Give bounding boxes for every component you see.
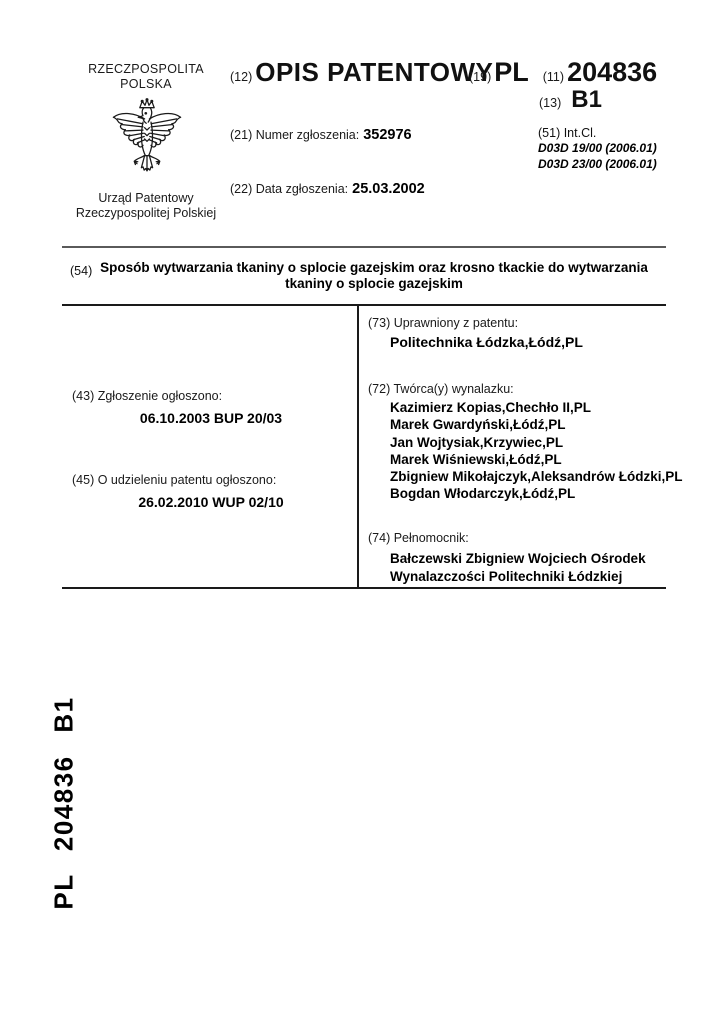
publication-number-row: (19)PL(11)204836 (469, 57, 657, 88)
invention-title-line1: Sposób wytwarzania tkaniny o splocie gaz… (100, 260, 648, 276)
polish-eagle-emblem-icon (107, 97, 187, 192)
patent-front-page: RZECZPOSPOLITA POLSKA Urząd Patentowy Rz… (0, 0, 724, 1024)
application-date-label: (22) Data zgłoszenia: (230, 182, 348, 196)
grant-announced-label: (45) O udzieleniu patentu ogłoszono: (72, 473, 276, 487)
inventors-list: Kazimierz Kopias,Chechło II,PL Marek Gwa… (390, 399, 683, 503)
kind-code: B1 (571, 86, 602, 113)
country-name-line1: RZECZPOSPOLITA (56, 62, 236, 77)
publication-announced-value: 06.10.2003 BUP 20/03 (80, 410, 342, 426)
inventor-item: Zbigniew Mikołajczyk,Aleksandrów Łódzki,… (390, 468, 683, 485)
grant-announced-value: 26.02.2010 WUP 02/10 (80, 494, 342, 510)
inventor-item: Jan Wojtysiak,Krzywiec,PL (390, 434, 683, 451)
patent-owner-label: (73) Uprawniony z patentu: (368, 316, 518, 330)
attorney-value-line1: Bałczewski Zbigniew Wojciech Ośrodek (390, 550, 646, 568)
attorney-value-line2: Wynalazczości Politechniki Łódzkiej (390, 568, 646, 586)
country-name: RZECZPOSPOLITA POLSKA (56, 62, 236, 92)
invention-title: Sposób wytwarzania tkaniny o splocie gaz… (100, 260, 648, 292)
attorney-label: (74) Pełnomocnik: (368, 531, 469, 545)
header-divider-rule (62, 246, 666, 248)
application-number-label: (21) Numer zgłoszenia: (230, 128, 359, 142)
inid-11: (11) (543, 70, 564, 84)
application-date-row: (22) Data zgłoszenia:25.03.2002 (230, 181, 425, 197)
application-date-value: 25.03.2002 (352, 181, 425, 197)
publication-announced-label: (43) Zgłoszenie ogłoszono: (72, 389, 222, 403)
table-top-border (62, 304, 666, 306)
intcl-classes: D03D 19/00 (2006.01) D03D 23/00 (2006.01… (538, 141, 657, 172)
document-type-title: OPIS PATENTOWY (255, 57, 493, 87)
table-column-divider (357, 304, 359, 589)
patent-office-name: Urząd Patentowy Rzeczypospolitej Polskie… (46, 191, 246, 221)
country-code: PL (494, 57, 529, 87)
inid-12: (12) (230, 70, 252, 84)
inid-13: (13) (539, 96, 561, 110)
application-number-value: 352976 (363, 127, 411, 143)
inventor-item: Marek Wiśniewski,Łódź,PL (390, 451, 683, 468)
inventor-item: Marek Gwardyński,Łódź,PL (390, 416, 683, 433)
application-number-row: (21) Numer zgłoszenia:352976 (230, 127, 412, 143)
table-bottom-border (62, 587, 666, 589)
patent-office-line1: Urząd Patentowy (46, 191, 246, 206)
inventor-item: Bogdan Włodarczyk,Łódź,PL (390, 485, 683, 502)
invention-title-line2: tkaniny o splocie gazejskim (100, 276, 648, 292)
inventors-label: (72) Twórca(y) wynalazku: (368, 382, 514, 396)
patent-office-line2: Rzeczypospolitej Polskiej (46, 206, 246, 221)
inid-19: (19) (469, 70, 491, 84)
patent-owner-value: Politechnika Łódzka,Łódź,PL (390, 334, 583, 350)
country-name-line2: POLSKA (56, 77, 236, 92)
document-type-row: (12)OPIS PATENTOWY (230, 57, 493, 88)
intcl-class-2: D03D 23/00 (2006.01) (538, 157, 657, 173)
attorney-value: Bałczewski Zbigniew Wojciech Ośrodek Wyn… (390, 550, 646, 585)
inid-54: (54) (70, 264, 92, 278)
inventor-item: Kazimierz Kopias,Chechło II,PL (390, 399, 683, 416)
kind-code-row: (13)B1 (539, 86, 602, 114)
intcl-label: (51) Int.Cl. (538, 126, 596, 140)
patent-number: 204836 (567, 57, 657, 87)
intcl-class-1: D03D 19/00 (2006.01) (538, 141, 657, 157)
vertical-publication-code: PL 204836 B1 (49, 696, 80, 909)
